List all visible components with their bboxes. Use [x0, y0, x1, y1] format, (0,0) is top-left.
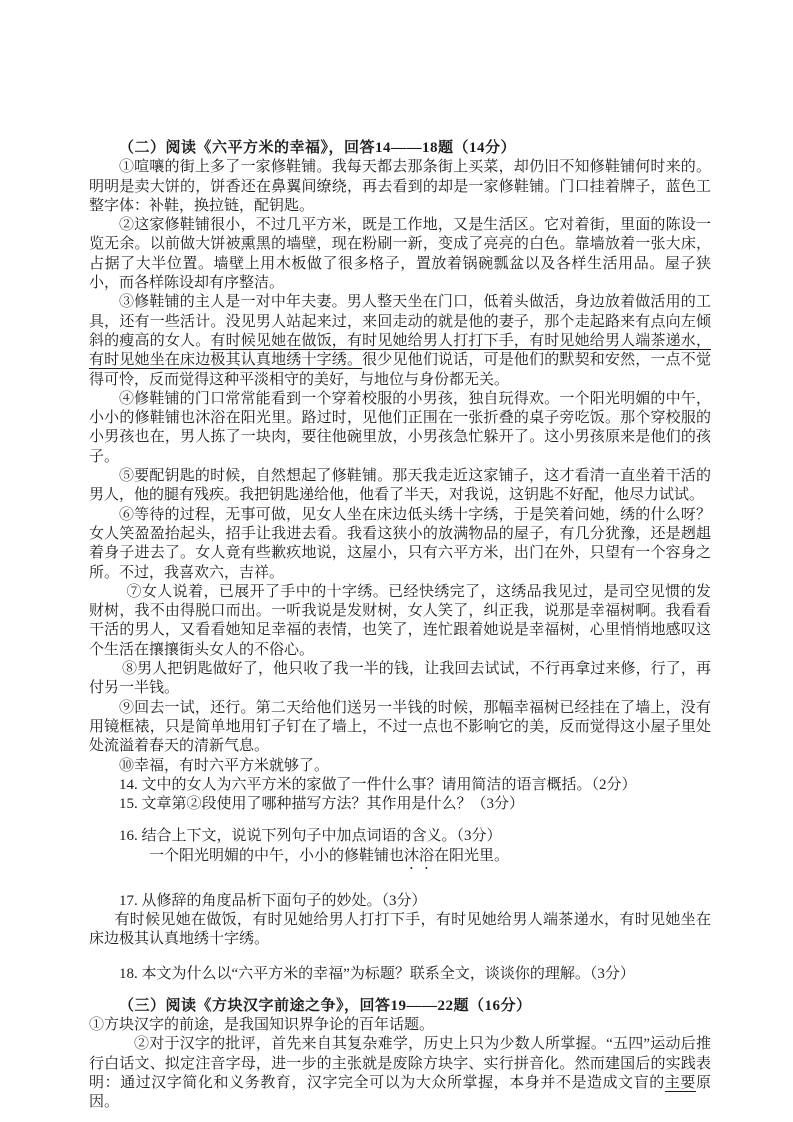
paragraph-8: ⑧男人把钥匙做好了，他只收了我一半的钱，让我回去试试，不行再拿过来修，行了，再付…	[89, 660, 711, 699]
paragraph-9: ⑨回去一试，还行。第二天给他们送另一半钱的时候，那幅幸福树已经挂在了墙上，没有用…	[89, 699, 711, 757]
paragraph-1: ①喧嚷的街上多了一家修鞋铺。我每天都去那条街上买菜，却仍旧不知修鞋铺何时来的。明…	[89, 158, 711, 216]
question-16-dotted-word: 沐浴	[404, 848, 434, 864]
question-16-sentence-before: 一个阳光明媚的中午，小小的修鞋铺也	[149, 848, 404, 864]
section-two-title: （二）阅读《六平方米的幸福》，回答14——18题（14分）	[89, 139, 711, 158]
paragraph-10: ⑩幸福，有时六平方米就够了。	[89, 757, 711, 776]
paragraph-4: ④修鞋铺的门口常常能看到一个穿着校服的小男孩，独自玩得欢。一个阳光明媚的中午，小…	[89, 390, 711, 467]
paragraph-3: ③修鞋铺的主人是一对中年夫妻。男人整天坐在门口，低着头做活，身边放着做活用的工具…	[89, 293, 711, 389]
section-three-title: （三）阅读《方块汉字前途之争》，回答19——22题（16分）	[89, 997, 711, 1016]
section-three-paragraph-2: ②对于汉字的批评，首先来自其复杂难学，历史上只为少数人所掌握。“五四”运动后推行…	[89, 1035, 711, 1112]
question-16-quoted-sentence: 一个阳光明媚的中午，小小的修鞋铺也沐浴在阳光里。	[89, 847, 711, 873]
paragraph-7: ⑦女人说着，已展开了手中的十字绣。已经快绣完了，这绣品我见过，是司空见惯的发财树…	[89, 583, 711, 660]
question-16: 16. 结合上下文，说说下列句子中加点词语的含义。（3分）	[89, 827, 711, 846]
section-three-paragraph-1: ①方块汉字的前途，是我国知识界争论的百年话题。	[89, 1016, 711, 1035]
question-16-sentence-after: 在阳光里。	[434, 848, 509, 864]
section-three-paragraph-2-underlined-word: 主要	[665, 1075, 696, 1091]
question-17-quoted-sentence: 有时候见她在做饭，有时见她给男人打打下手，有时见她给男人端茶递水，有时见她坐在床…	[89, 911, 711, 950]
paragraph-6: ⑥等待的过程，无事可做，见女人坐在床边低头绣十字绣，于是笑着问她，绣的什么呀？女…	[89, 506, 711, 583]
document-content: （二）阅读《六平方米的幸福》，回答14——18题（14分） ①喧嚷的街上多了一家…	[89, 139, 711, 1113]
section-three-paragraph-2-before: ②对于汉字的批评，首先来自其复杂难学，历史上只为少数人所掌握。“五四”运动后推行…	[89, 1036, 711, 1091]
question-15: 15. 文章第②段使用了哪种描写方法？其作用是什么？（3分）	[89, 795, 711, 814]
question-14: 14. 文中的女人为六平方米的家做了一件什么事？请用简洁的语言概括。（2分）	[89, 776, 711, 795]
document-page: （二）阅读《六平方米的幸福》，回答14——18题（14分） ①喧嚷的街上多了一家…	[0, 0, 793, 1122]
paragraph-2: ②这家修鞋铺很小，不过几平方米，既是工作地，又是生活区。它对着街，里面的陈设一览…	[89, 216, 711, 293]
question-18: 18. 本文为什么以“六平方米的幸福”为标题？联系全文，谈谈你的理解。（3分）	[89, 965, 711, 984]
question-17: 17. 从修辞的角度品析下面句子的妙处。（3分）	[89, 892, 711, 911]
paragraph-5: ⑤要配钥匙的时候，自然想起了修鞋铺。那天我走近这家铺子，这才看清一直坐着干活的男…	[89, 467, 711, 506]
